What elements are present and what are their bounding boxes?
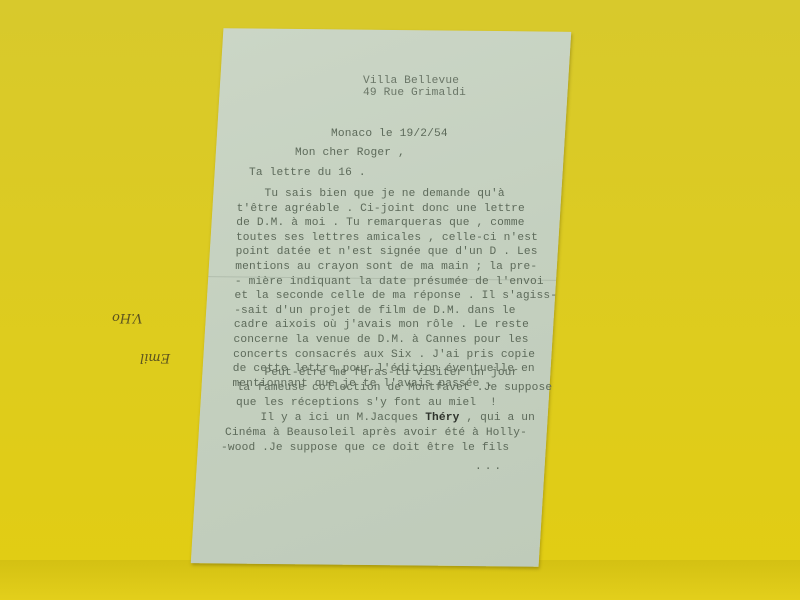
text-line: concerts consacrés aux Six . J'ai pris c… — [233, 348, 535, 363]
text-line: toutes ses lettres amicales , celle-ci n… — [236, 231, 538, 246]
text-line: - mière indiquant la date présumée de l'… — [235, 275, 544, 290]
text-line: concerne la venue de D.M. à Cannes pour … — [234, 333, 529, 348]
letter-text: Villa Bellevue 49 Rue Grimaldi Monaco le… — [207, 30, 555, 565]
address-line-2: 49 Rue Grimaldi — [363, 86, 466, 101]
date-line: Monaco le 19/2/54 — [331, 127, 448, 142]
text-line: de D.M. à moi . Tu remarqueras que , com… — [236, 216, 524, 231]
text-line: point datée et n'est signée que d'un D .… — [236, 245, 538, 260]
text-line: Peut-être me feras-tu visiter un jour — [237, 366, 518, 381]
paragraph-3-line-3: -wood .Je suppose que ce doit être le fi… — [221, 441, 509, 456]
text-line: cadre aixois où j'avais mon rôle . Le re… — [234, 318, 529, 333]
paragraph-3-line-2: Cinéma à Beausoleil après avoir été à Ho… — [225, 426, 527, 441]
handwritten-note-2: Emil — [140, 350, 170, 365]
text-line: mentions au crayon sont de ma main ; la … — [235, 260, 537, 275]
handwritten-note-1: V.Ho — [112, 310, 142, 325]
text-line: Tu sais bien que je ne demande qu'à — [237, 187, 505, 202]
text-line: et la seconde celle de ma réponse . Il s… — [235, 289, 558, 304]
text-line: que les réceptions s'y font au miel ! — [236, 396, 497, 411]
text-line: -sait d'un projet de film de D.M. dans l… — [234, 304, 515, 319]
name-thery: Théry — [425, 412, 459, 424]
text-line: t'être agréable . Ci-joint donc une lett… — [237, 202, 525, 217]
paragraph-3-line-1: Il y a ici un M.Jacques Théry , qui a un — [233, 411, 535, 426]
background-shadow — [0, 560, 800, 600]
continuation-dots: ... — [475, 460, 504, 475]
salutation: Mon cher Roger , — [295, 146, 405, 161]
text-line: la fameuse collection de Montfavet .Je s… — [237, 381, 553, 396]
reference-line: Ta lettre du 16 . — [249, 166, 366, 181]
